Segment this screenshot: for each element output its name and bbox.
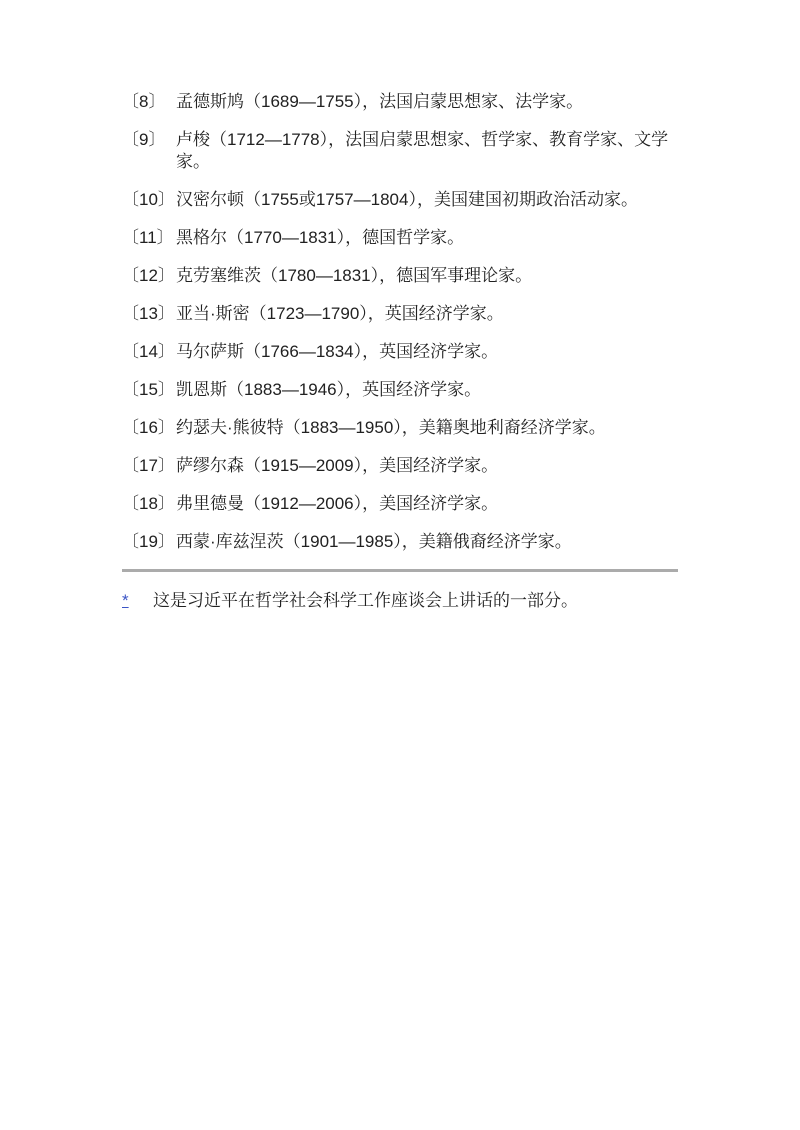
endnote-number: 〔17〕	[122, 455, 176, 477]
endnotes-list: 〔8〕 孟德斯鸠（1689—1755），法国启蒙思想家、法学家。 〔9〕 卢梭（…	[122, 91, 678, 553]
endnote-item: 〔15〕 凯恩斯（1883—1946），英国经济学家。	[122, 379, 678, 401]
document-page: 〔8〕 孟德斯鸠（1689—1755），法国启蒙思想家、法学家。 〔9〕 卢梭（…	[0, 0, 800, 1130]
endnote-item: 〔8〕 孟德斯鸠（1689—1755），法国启蒙思想家、法学家。	[122, 91, 678, 113]
endnote-text: 萨缪尔森（1915—2009），美国经济学家。	[176, 455, 678, 477]
endnote-item: 〔14〕 马尔萨斯（1766—1834），英国经济学家。	[122, 341, 678, 363]
endnote-item: 〔9〕 卢梭（1712—1778），法国启蒙思想家、哲学家、教育学家、文学家。	[122, 129, 678, 173]
endnote-number: 〔15〕	[122, 379, 176, 401]
endnote-text: 弗里德曼（1912—2006），美国经济学家。	[176, 493, 678, 515]
endnote-item: 〔11〕 黑格尔（1770—1831），德国哲学家。	[122, 227, 678, 249]
endnote-number: 〔13〕	[122, 303, 176, 325]
endnote-item: 〔18〕 弗里德曼（1912—2006），美国经济学家。	[122, 493, 678, 515]
endnote-text: 西蒙·库兹涅茨（1901—1985），美籍俄裔经济学家。	[176, 531, 678, 553]
endnote-number: 〔16〕	[122, 417, 176, 439]
endnote-number: 〔19〕	[122, 531, 176, 553]
endnote-number: 〔9〕	[122, 129, 176, 151]
endnote-item: 〔10〕 汉密尔顿（1755或1757—1804），美国建国初期政治活动家。	[122, 189, 678, 211]
endnote-text: 马尔萨斯（1766—1834），英国经济学家。	[176, 341, 678, 363]
endnote-number: 〔8〕	[122, 91, 176, 113]
endnote-item: 〔17〕 萨缪尔森（1915—2009），美国经济学家。	[122, 455, 678, 477]
footnote-marker: *	[122, 590, 153, 612]
endnote-number: 〔11〕	[122, 227, 176, 249]
endnote-item: 〔13〕 亚当·斯密（1723—1790），英国经济学家。	[122, 303, 678, 325]
endnote-text: 汉密尔顿（1755或1757—1804），美国建国初期政治活动家。	[176, 189, 678, 211]
footnote-divider	[122, 569, 678, 572]
endnote-text: 凯恩斯（1883—1946），英国经济学家。	[176, 379, 678, 401]
endnote-item: 〔12〕 克劳塞维茨（1780—1831），德国军事理论家。	[122, 265, 678, 287]
footnote-asterisk-link[interactable]: *	[122, 591, 129, 610]
endnote-text: 卢梭（1712—1778），法国启蒙思想家、哲学家、教育学家、文学家。	[176, 129, 678, 173]
footnote-text: 这是习近平在哲学社会科学工作座谈会上讲话的一部分。	[153, 590, 678, 612]
endnote-item: 〔16〕 约瑟夫·熊彼特（1883—1950），美籍奥地利裔经济学家。	[122, 417, 678, 439]
endnote-text: 克劳塞维茨（1780—1831），德国军事理论家。	[176, 265, 678, 287]
endnote-number: 〔14〕	[122, 341, 176, 363]
author-footnote: * 这是习近平在哲学社会科学工作座谈会上讲话的一部分。	[122, 590, 678, 612]
endnote-text: 亚当·斯密（1723—1790），英国经济学家。	[176, 303, 678, 325]
endnote-item: 〔19〕 西蒙·库兹涅茨（1901—1985），美籍俄裔经济学家。	[122, 531, 678, 553]
endnote-number: 〔10〕	[122, 189, 176, 211]
endnote-text: 约瑟夫·熊彼特（1883—1950），美籍奥地利裔经济学家。	[176, 417, 678, 439]
endnote-text: 黑格尔（1770—1831），德国哲学家。	[176, 227, 678, 249]
endnote-text: 孟德斯鸠（1689—1755），法国启蒙思想家、法学家。	[176, 91, 678, 113]
endnote-number: 〔18〕	[122, 493, 176, 515]
endnote-number: 〔12〕	[122, 265, 176, 287]
